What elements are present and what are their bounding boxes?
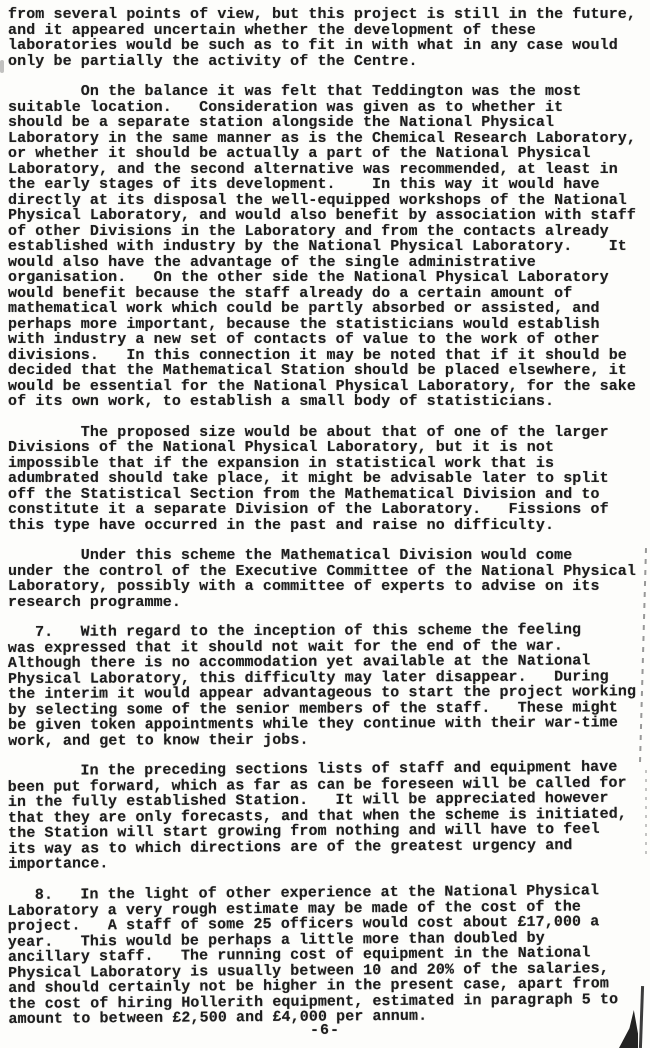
text-line: suitable location. Consideration was giv… <box>8 100 648 116</box>
document-page: from several points of view, but this pr… <box>0 0 650 1048</box>
text-line: from several points of view, but this pr… <box>8 7 648 23</box>
text-line: importance. <box>8 853 648 873</box>
text-line: only be partially the activity of the Ce… <box>8 54 648 70</box>
text-line: and it appeared uncertain whether the de… <box>8 23 648 39</box>
text-line: On the balance it was felt that Teddingt… <box>8 84 648 100</box>
text-line: off the Statistical Section from the Mat… <box>8 487 648 503</box>
text-line: constitute it a separate Division of the… <box>8 502 648 518</box>
text-line: would also have the advantage of the sin… <box>8 255 648 271</box>
text-line: mathematical work which could be partly … <box>8 301 648 317</box>
text-line: of its own work, to establish a small bo… <box>8 394 648 410</box>
paragraph: Under this scheme the Mathematical Divis… <box>8 548 648 610</box>
text-line: adumbrated should take place, it might b… <box>8 471 648 487</box>
text-line: should be a separate station alongside t… <box>8 115 648 131</box>
text-line: perhaps more important, because the stat… <box>8 317 648 333</box>
text-line: under the control of the Executive Commi… <box>8 564 648 580</box>
text-line: organisation. On the other side the Nati… <box>8 270 648 286</box>
text-line: Divisions of the National Physical Labor… <box>8 440 648 456</box>
paragraph: 7. With regard to the inception of this … <box>8 622 649 749</box>
text-line: directly at its disposal the well-equipp… <box>8 193 648 209</box>
paragraph: The proposed size would be about that of… <box>8 425 648 534</box>
text-line: of other Divisions in the Laboratory and… <box>8 224 648 240</box>
text-line: Laboratory in the same manner as is the … <box>8 131 648 147</box>
scan-artifact-left-speckle <box>0 60 4 73</box>
paragraph: In the preceding sections lists of staff… <box>8 760 649 873</box>
text-line: impossible that if the expansion in stat… <box>8 456 648 472</box>
text-line: laboratories would be such as to fit in … <box>8 38 648 54</box>
text-line: Laboratory, possibly with a committee of… <box>8 579 648 595</box>
page-number: -6- <box>0 1022 650 1039</box>
text-line: Under this scheme the Mathematical Divis… <box>8 548 648 564</box>
text-line: would benefit because the staff already … <box>8 286 648 302</box>
text-line: be given token appointments while they c… <box>8 715 648 733</box>
paragraph: from several points of view, but this pr… <box>8 7 648 69</box>
text-line: decided that the Mathematical Station sh… <box>8 363 648 379</box>
text-line: or whether it should be actually a part … <box>8 146 648 162</box>
text-line: Laboratory, and the second alternative w… <box>8 162 648 178</box>
paragraph: 8. In the light of other experience at t… <box>7 882 648 1027</box>
document-body: from several points of view, but this pr… <box>8 7 648 1042</box>
text-line: work, and get to know their jobs. <box>8 731 648 749</box>
text-line: The proposed size would be about that of… <box>8 425 648 441</box>
text-line: established with industry by the Nationa… <box>8 239 648 255</box>
paragraph: On the balance it was felt that Teddingt… <box>8 84 648 410</box>
text-line: with industry a new set of contacts of v… <box>8 332 648 348</box>
text-line: research programme. <box>8 595 648 611</box>
text-line: the early stages of its development. In … <box>8 177 648 193</box>
text-line: divisions. In this connection it may be … <box>8 348 648 364</box>
text-line: Physical Laboratory, and would also bene… <box>8 208 648 224</box>
text-line: would be essential for the National Phys… <box>8 379 648 395</box>
text-line: this type have occurred in the past and … <box>8 518 648 534</box>
